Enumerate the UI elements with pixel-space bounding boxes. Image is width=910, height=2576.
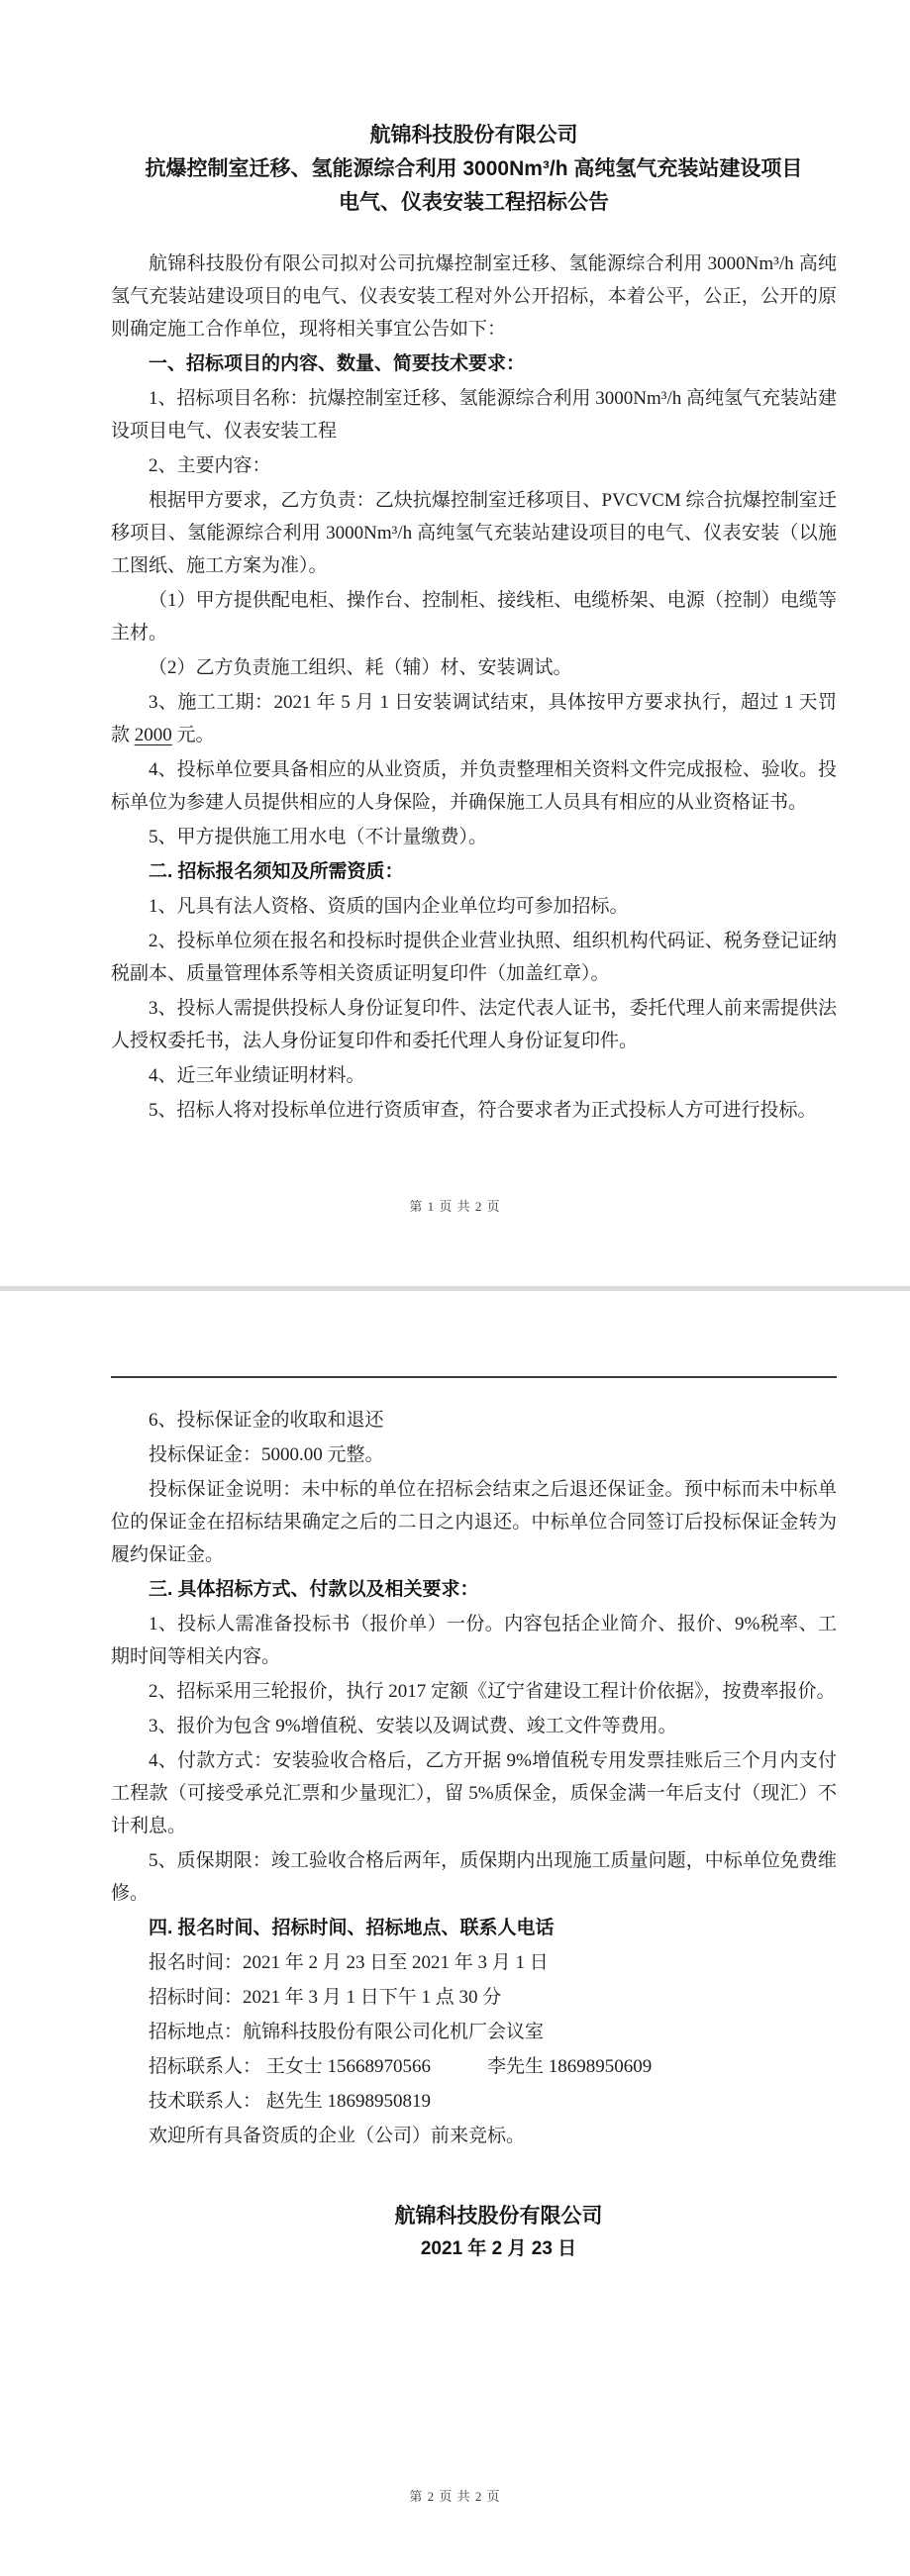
paragraph-required-documents: 2、投标单位须在报名和投标时提供企业营业执照、组织机构代码证、税务登记证纳税副本… bbox=[111, 925, 837, 990]
page-1-footer: 第 1 页 共 2 页 bbox=[0, 1196, 910, 1215]
intro-paragraph: 航锦科技股份有限公司拟对公司抗爆控制室迁移、氢能源综合利用 3000Nm³/h … bbox=[111, 248, 837, 346]
paragraph-scope: 根据甲方要求，乙方负责：乙炔抗爆控制室迁移项目、PVCVCM 综合抗爆控制室迁移… bbox=[111, 484, 837, 582]
section-2-heading: 二. 招标报名须知及所需资质： bbox=[111, 855, 837, 888]
page-2-content: 6、投标保证金的收取和退还 投标保证金：5000.00 元整。 投标保证金说明：… bbox=[0, 1376, 910, 2265]
paragraph-bidding-location: 招标地点：航锦科技股份有限公司化机厂会议室 bbox=[111, 2016, 837, 2048]
paragraph-payment-terms: 4、付款方式：安装验收合格后，乙方开据 9%增值税专用发票挂账后三个月内支付工程… bbox=[111, 1744, 837, 1842]
paragraph-owner-supplies: （1）甲方提供配电柜、操作台、控制柜、接线柜、电缆桥架、电源（控制）电缆等主材。 bbox=[111, 584, 837, 649]
section-1-heading: 一、招标项目的内容、数量、简要技术要求： bbox=[111, 347, 837, 380]
section-4-heading: 四. 报名时间、招标时间、招标地点、联系人电话 bbox=[111, 1912, 837, 1944]
page-1: 航锦科技股份有限公司 抗爆控制室迁移、氢能源综合利用 3000Nm³/h 高纯氢… bbox=[0, 0, 910, 1286]
paragraph-warranty: 5、质保期限：竣工验收合格后两年，质保期内出现施工质量问题，中标单位免费维修。 bbox=[111, 1844, 837, 1910]
paragraph-welcome: 欢迎所有具备资质的企业（公司）前来竞标。 bbox=[111, 2120, 837, 2152]
signature-company: 航锦科技股份有限公司 bbox=[136, 2200, 861, 2232]
page-1-content: 航锦科技股份有限公司 抗爆控制室迁移、氢能源综合利用 3000Nm³/h 高纯氢… bbox=[0, 119, 910, 1127]
paragraph-project-name: 1、招标项目名称：抗爆控制室迁移、氢能源综合利用 3000Nm³/h 高纯氢气充… bbox=[111, 382, 837, 447]
paragraph-price-includes: 3、报价为包含 9%增值税、安装以及调试费、竣工文件等费用。 bbox=[111, 1710, 837, 1742]
document-title-subject: 电气、仪表安装工程招标公告 bbox=[111, 186, 837, 220]
paragraph-eligibility: 1、凡具有法人资格、资质的国内企业单位均可参加招标。 bbox=[111, 890, 837, 923]
paragraph-deposit-amount: 投标保证金：5000.00 元整。 bbox=[111, 1438, 837, 1471]
paragraph-performance-records: 4、近三年业绩证明材料。 bbox=[111, 1059, 837, 1092]
paragraph-schedule: 3、施工工期：2021 年 5 月 1 日安装调试结束，具体按甲方要求执行，超过… bbox=[111, 686, 837, 751]
paragraph-qualification-review: 5、招标人将对投标单位进行资质审查，符合要求者为正式投标人方可进行投标。 bbox=[111, 1094, 837, 1127]
signature-date: 2021 年 2 月 23 日 bbox=[136, 2232, 861, 2265]
paragraph-deposit-heading: 6、投标保证金的收取和退还 bbox=[111, 1404, 837, 1437]
schedule-text-post: 元。 bbox=[172, 725, 215, 745]
paragraph-bid-contacts: 招标联系人： 王女士 15668970566 李先生 18698950609 bbox=[111, 2050, 837, 2083]
paragraph-bid-document: 1、投标人需准备投标书（报价单）一份。内容包括企业简介、报价、9%税率、工期时间… bbox=[111, 1608, 837, 1673]
paragraph-registration-time: 报名时间：2021 年 2 月 23 日至 2021 年 3 月 1 日 bbox=[111, 1946, 837, 1979]
paragraph-technical-contact: 技术联系人： 赵先生 18698950819 bbox=[111, 2085, 837, 2118]
page-2-footer: 第 2 页 共 2 页 bbox=[0, 2486, 910, 2505]
document-title-company: 航锦科技股份有限公司 bbox=[111, 119, 837, 152]
document-title-project: 抗爆控制室迁移、氢能源综合利用 3000Nm³/h 高纯氢气充装站建设项目 bbox=[111, 152, 837, 186]
paragraph-quotation-rounds: 2、招标采用三轮报价，执行 2017 定额《辽宁省建设工程计价依据》，按费率报价… bbox=[111, 1675, 837, 1708]
signature-block: 航锦科技股份有限公司 2021 年 2 月 23 日 bbox=[136, 2200, 861, 2265]
paragraph-qualification-duty: 4、投标单位要具备相应的从业资质，并负责整理相关资料文件完成报检、验收。投标单位… bbox=[111, 753, 837, 819]
paragraph-main-content-label: 2、主要内容： bbox=[111, 449, 837, 482]
paragraph-deposit-terms: 投标保证金说明：未中标的单位在招标会结束之后退还保证金。预中标而未中标单位的保证… bbox=[111, 1473, 837, 1571]
penalty-amount-underlined: 2000 bbox=[135, 725, 172, 745]
page-2-header-rule bbox=[111, 1376, 837, 1378]
paragraph-bidding-time: 招标时间：2021 年 3 月 1 日下午 1 点 30 分 bbox=[111, 1981, 837, 2014]
paragraph-contractor-duties: （2）乙方负责施工组织、耗（辅）材、安装调试。 bbox=[111, 651, 837, 684]
paragraph-id-documents: 3、投标人需提供投标人身份证复印件、法定代表人证书，委托代理人前来需提供法人授权… bbox=[111, 992, 837, 1057]
paragraph-utilities: 5、甲方提供施工用水电（不计量缴费）。 bbox=[111, 821, 837, 853]
tender-announcement-document: 航锦科技股份有限公司 抗爆控制室迁移、氢能源综合利用 3000Nm³/h 高纯氢… bbox=[0, 0, 910, 2576]
page-2: 6、投标保证金的收取和退还 投标保证金：5000.00 元整。 投标保证金说明：… bbox=[0, 1291, 910, 2576]
section-3-heading: 三. 具体招标方式、付款以及相关要求： bbox=[111, 1573, 837, 1606]
schedule-text-pre: 3、施工工期：2021 年 5 月 1 日安装调试结束，具体按甲方要求执行，超过… bbox=[111, 692, 837, 745]
